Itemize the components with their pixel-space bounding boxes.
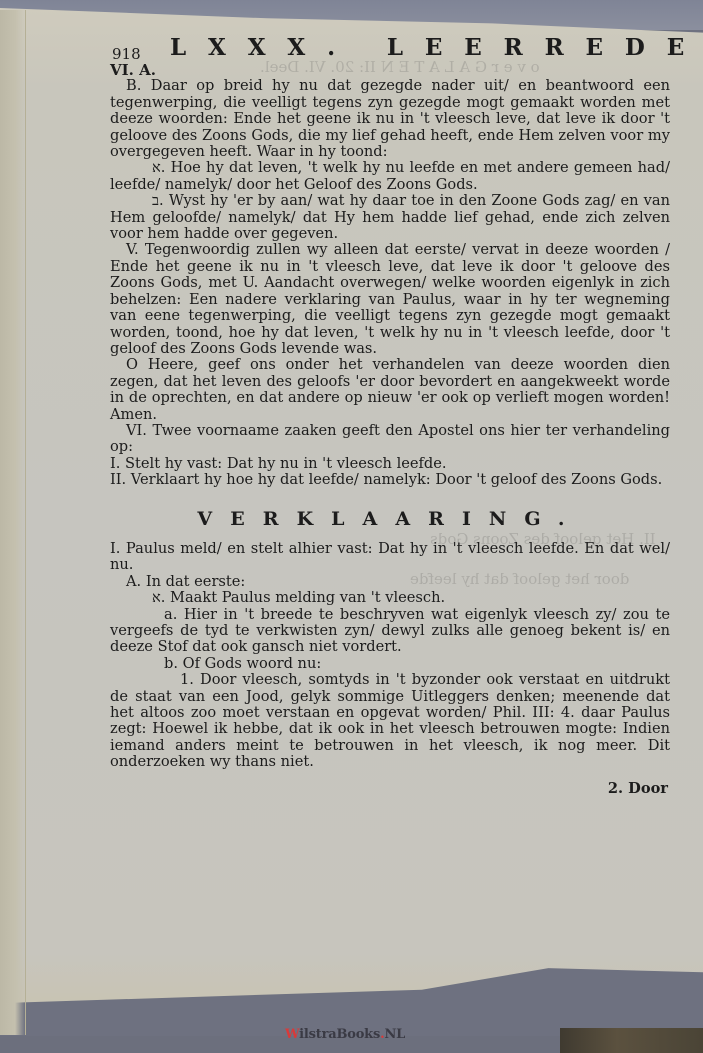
list-item: II. Verklaart hy hoe hy dat leefde/ name…: [110, 472, 670, 488]
paragraph: b. Of Gods woord nu:: [110, 656, 670, 672]
paragraph: VI. Twee voornaame zaaken geeft den Apos…: [110, 423, 670, 456]
paragraph: B. Daar op breid hy nu dat gezegde nader…: [110, 78, 670, 160]
catchword: 2. Door: [110, 781, 670, 797]
section-reference: VI. A.: [110, 62, 670, 78]
watermark-first-letter: W: [285, 1027, 299, 1042]
paragraph: a. Hier in 't breede te beschryven wat e…: [110, 607, 670, 656]
page-header: 918 LXXX. LEERREDEN.: [110, 40, 670, 62]
page-gutter-edge: [0, 10, 26, 1035]
running-head: LXXX. LEERREDEN.: [170, 40, 703, 56]
page-content: 918 LXXX. LEERREDEN. VI. A. B. Daar op b…: [110, 40, 670, 797]
book-binding-edge: [560, 1028, 703, 1053]
paragraph: 1. Door vleesch, somtyds in 't byzonder …: [110, 672, 670, 770]
paragraph: I. Paulus meld/ en stelt alhier vast: Da…: [110, 541, 670, 574]
subsection-label: A. In dat eerste:: [110, 574, 670, 590]
paragraph: א. Maakt Paulus melding van 't vleesch.: [110, 590, 670, 606]
page-number: 918: [112, 46, 141, 62]
paragraph: א. Hoe hy dat leven, 't welk hy nu leefd…: [110, 160, 670, 193]
paragraph: ב. Wyst hy 'er by aan/ wat hy daar toe i…: [110, 193, 670, 242]
list-item: I. Stelt hy vast: Dat hy nu in 't vleesc…: [110, 456, 670, 472]
watermark-suffix: NL: [384, 1027, 405, 1042]
watermark: WilstraBooks.NL: [285, 1027, 405, 1042]
prayer-paragraph: O Heere, geef ons onder het verhandelen …: [110, 357, 670, 423]
paragraph: V. Tegenwoordig zullen wy alleen dat eer…: [110, 242, 670, 357]
watermark-text: ilstraBooks: [299, 1027, 380, 1042]
section-heading: VERKLAARING.: [110, 511, 670, 527]
